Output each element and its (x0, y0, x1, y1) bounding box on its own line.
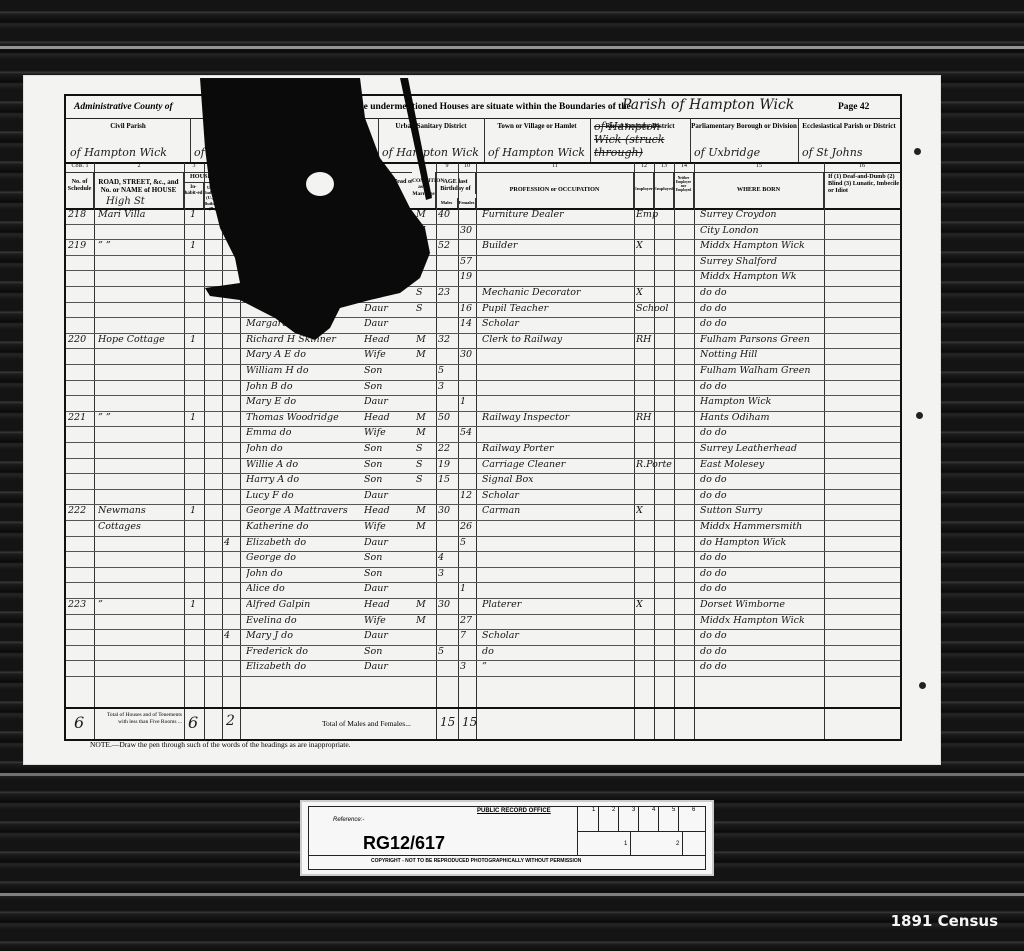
cell-male: 30 (438, 505, 456, 516)
cell-born: Surrey Shalford (700, 256, 822, 267)
cell-male: 3 (438, 381, 456, 392)
table-row: Emma doWifeM54do do (66, 426, 900, 443)
cell-occupation: Signal Box (482, 474, 632, 485)
table-row: Mary A E doWifeM30Notting Hill (66, 348, 900, 365)
cell-road: ” (98, 599, 182, 610)
cell-emp: Emp (636, 209, 672, 220)
cell-relation: Head (364, 412, 412, 423)
cell-name: Frederick do (246, 646, 370, 657)
cell-male: 4 (438, 552, 456, 563)
cell-road: Newmans (98, 505, 182, 516)
table-row: Lucy F doDaur12Scholardo do (66, 489, 900, 506)
tenements-total: 2 (226, 713, 235, 729)
cell-born: do do (700, 661, 822, 672)
rural-sanitary-cell: Rural Sanitary Districtof Hampton Wick (… (590, 118, 691, 162)
cell-name: John do (246, 443, 370, 454)
cell-name: Mary J do (246, 630, 370, 641)
cell-emp: X (636, 287, 672, 298)
table-row: Alice doDaur1do do (66, 582, 900, 599)
cell-condition: M (416, 615, 434, 626)
cell-relation: Wife (364, 427, 412, 438)
form-note: NOTE.—Draw the pen through such of the w… (90, 740, 351, 749)
cell-born: Fulham Parsons Green (700, 334, 822, 345)
cell-relation: Wife (364, 521, 412, 532)
cell-schedule: 222 (68, 505, 92, 516)
females-total: 15 (462, 715, 477, 729)
reference-number: RG12/617 (363, 833, 445, 854)
cell-road: Mari Villa (98, 209, 182, 220)
cell-relation: Daur (364, 661, 412, 672)
cell-name: Alice do (246, 583, 370, 594)
cell-born: do do (700, 630, 822, 641)
table-row: Willie A doSonS19Carriage CleanerR.Porte… (66, 458, 900, 475)
census-page: Administrative County of The undermentio… (24, 76, 940, 764)
cell-born: City London (700, 225, 822, 236)
cell-road: Cottages (98, 521, 182, 532)
cell-name: Harry A do (246, 474, 370, 485)
cell-born: Surrey Croydon (700, 209, 822, 220)
houses-total: 6 (188, 713, 198, 732)
cell-born: do do (700, 552, 822, 563)
table-row: John B doSon3do do (66, 380, 900, 397)
cell-female: 3 (460, 661, 476, 672)
cell-schedule: 219 (68, 240, 92, 251)
cell-born: do do (700, 427, 822, 438)
cell-occupation: Clerk to Railway (482, 334, 632, 345)
punch-hole (914, 148, 921, 155)
table-row: 4Elizabeth doDaur5do Hampton Wick (66, 536, 900, 553)
cell-relation: Son (364, 459, 412, 470)
ecclesiastical-cell: Ecclesiastical Parish or Districtof St J… (798, 118, 900, 162)
cell-name: Elizabeth do (246, 661, 370, 672)
civil-parish-cell: Civil Parishof Hampton Wick (66, 118, 191, 162)
measurement-scale: 1 2 3 4 5 6 1 2 (577, 807, 705, 855)
cell-relation: Son (364, 552, 412, 563)
table-row: John doSon3do do (66, 567, 900, 584)
cell-born: Hants Odiham (700, 412, 822, 423)
cell-uninhab: 4 (224, 630, 238, 641)
cell-inhabited: 1 (190, 412, 202, 423)
cell-occupation: Scholar (482, 630, 632, 641)
cell-relation: Son (364, 443, 412, 454)
cell-born: Sutton Surry (700, 505, 822, 516)
cell-female: 57 (460, 256, 476, 267)
cell-emp: RH (636, 412, 672, 423)
cell-female: 19 (460, 271, 476, 282)
cell-female: 30 (460, 225, 476, 236)
parliamentary-cell: Parliamentary Borough or Divisionof Uxbr… (690, 118, 799, 162)
punch-hole (919, 682, 926, 689)
cell-female: 27 (460, 615, 476, 626)
cell-male: 30 (438, 599, 456, 610)
cell-occupation: Pupil Teacher (482, 303, 632, 314)
cell-female: 1 (460, 396, 476, 407)
cell-male: 23 (438, 287, 456, 298)
cell-occupation: ” (482, 661, 632, 672)
cell-male: 15 (438, 474, 456, 485)
table-row: CottagesKatherine doWifeM26Middx Hammers… (66, 520, 900, 537)
cell-female: 14 (460, 318, 476, 329)
table-row: John doSonS22Railway PorterSurrey Leathe… (66, 442, 900, 459)
cell-occupation: Scholar (482, 318, 632, 329)
cell-name: Thomas Woodridge (246, 412, 370, 423)
ink-blot (180, 78, 435, 343)
cell-male: 32 (438, 334, 456, 345)
cell-occupation: Mechanic Decorator (482, 287, 632, 298)
cell-emp: X (636, 505, 672, 516)
cell-inhabited: 1 (190, 505, 202, 516)
cell-condition: M (416, 427, 434, 438)
cell-inhabited: 1 (190, 599, 202, 610)
houses-total-label: Total of Houses and of Tenements with le… (100, 712, 182, 725)
reference-label: Reference:- PUBLIC RECORD OFFICE RG12/61… (300, 800, 714, 876)
census-year-watermark: 1891 Census (891, 912, 998, 930)
cell-relation: Son (364, 381, 412, 392)
table-row: 4Mary J doDaur7Scholardo do (66, 629, 900, 646)
cell-born: do do (700, 490, 822, 501)
table-row: Harry A doSonS15Signal Boxdo do (66, 473, 900, 490)
cell-relation: Daur (364, 630, 412, 641)
cell-emp: School (636, 303, 672, 314)
table-row: 223”1Alfred GalpinHeadM30PlatererXDorset… (66, 598, 900, 615)
cell-name: George do (246, 552, 370, 563)
cell-name: George A Mattravers (246, 505, 370, 516)
cell-schedule: 220 (68, 334, 92, 345)
cell-female: 16 (460, 303, 476, 314)
cell-born: Middx Hampton Wk (700, 271, 822, 282)
cell-name: Emma do (246, 427, 370, 438)
cell-name: John do (246, 568, 370, 579)
cell-male: 3 (438, 568, 456, 579)
cell-born: Dorset Wimborne (700, 599, 822, 610)
street-name: High St (106, 196, 145, 207)
cell-name: Mary E do (246, 396, 370, 407)
cell-occupation: Railway Porter (482, 443, 632, 454)
cell-name: William H do (246, 365, 370, 376)
cell-born: Surrey Leatherhead (700, 443, 822, 454)
cell-relation: Head (364, 599, 412, 610)
film-stripe (0, 773, 1024, 776)
film-stripe (0, 893, 1024, 896)
cell-born: do do (700, 287, 822, 298)
cell-name: Katherine do (246, 521, 370, 532)
cell-male: 22 (438, 443, 456, 454)
cell-occupation: Carriage Cleaner (482, 459, 632, 470)
cell-relation: Son (364, 474, 412, 485)
cell-female: 26 (460, 521, 476, 532)
cell-male: 19 (438, 459, 456, 470)
boundaries-value: Parish of Hampton Wick (622, 97, 794, 113)
cell-condition: M (416, 412, 434, 423)
cell-male: 50 (438, 412, 456, 423)
cell-occupation: Builder (482, 240, 632, 251)
table-row: Frederick doSon5dodo do (66, 645, 900, 662)
page-number: Page 42 (838, 102, 869, 112)
film-stripe (0, 46, 1024, 49)
cell-relation: Wife (364, 349, 412, 360)
cell-born: Hampton Wick (700, 396, 822, 407)
cell-condition: S (416, 443, 434, 454)
cell-born: do do (700, 318, 822, 329)
cell-emp: R.Porter (636, 459, 672, 470)
cell-name: John B do (246, 381, 370, 392)
table-row: George doSon4do do (66, 551, 900, 568)
cell-occupation: Carman (482, 505, 632, 516)
cell-occupation: Platerer (482, 599, 632, 610)
cell-relation: Daur (364, 537, 412, 548)
cell-relation: Daur (364, 396, 412, 407)
males-total: 15 (440, 715, 455, 729)
table-row: Mary E doDaur1Hampton Wick (66, 395, 900, 412)
cell-born: do do (700, 568, 822, 579)
cell-male: 40 (438, 209, 456, 220)
cell-condition: M (416, 349, 434, 360)
cell-relation: Wife (364, 615, 412, 626)
cell-born: East Molesey (700, 459, 822, 470)
table-row: William H doSon5Fulham Walham Green (66, 364, 900, 381)
cell-relation: Son (364, 568, 412, 579)
cell-road: ” ” (98, 412, 182, 423)
cell-name: Elizabeth do (246, 537, 370, 548)
persons-total-label: Total of Males and Females... (322, 719, 411, 728)
cell-female: 30 (460, 349, 476, 360)
town-village-cell: Town or Village or Hamletof Hampton Wick (484, 118, 591, 162)
cell-occupation: do (482, 646, 632, 657)
cell-name: Willie A do (246, 459, 370, 470)
cell-born: Middx Hammersmith (700, 521, 822, 532)
cell-female: 1 (460, 583, 476, 594)
cell-born: do do (700, 381, 822, 392)
cell-condition: S (416, 459, 434, 470)
cell-born: do do (700, 646, 822, 657)
cell-condition: M (416, 505, 434, 516)
cell-occupation: Furniture Dealer (482, 209, 632, 220)
cell-name: Alfred Galpin (246, 599, 370, 610)
cell-female: 5 (460, 537, 476, 548)
cell-schedule: 221 (68, 412, 92, 423)
table-row: 222Newmans1George A MattraversHeadM30Car… (66, 504, 900, 521)
cell-road: ” ” (98, 240, 182, 251)
cell-relation: Head (364, 505, 412, 516)
cell-occupation: Railway Inspector (482, 412, 632, 423)
admin-county-label: Administrative County of (74, 102, 173, 112)
cell-female: 12 (460, 490, 476, 501)
punch-hole (916, 412, 923, 419)
table-row: 221” ”1Thomas WoodridgeHeadM50Railway In… (66, 411, 900, 428)
cell-condition: S (416, 474, 434, 485)
table-row: Elizabeth doDaur3”do do (66, 660, 900, 677)
total-schedules: 6 (74, 713, 84, 732)
copyright-notice: COPYRIGHT - NOT TO BE REPRODUCED PHOTOGR… (371, 858, 581, 864)
cell-condition: M (416, 599, 434, 610)
cell-relation: Son (364, 646, 412, 657)
cell-schedule: 223 (68, 599, 92, 610)
cell-female: 7 (460, 630, 476, 641)
cell-born: Middx Hampton Wick (700, 240, 822, 251)
cell-born: do do (700, 474, 822, 485)
cell-occupation: Scholar (482, 490, 632, 501)
cell-born: do do (700, 303, 822, 314)
cell-relation: Son (364, 365, 412, 376)
cell-condition: M (416, 521, 434, 532)
cell-emp: X (636, 599, 672, 610)
cell-name: Mary A E do (246, 349, 370, 360)
totals-row: 6 Total of Houses and of Tenements with … (66, 707, 900, 739)
cell-female: 54 (460, 427, 476, 438)
cell-name: Lucy F do (246, 490, 370, 501)
cell-born: Middx Hampton Wick (700, 615, 822, 626)
cell-born: Notting Hill (700, 349, 822, 360)
cell-born: do Hampton Wick (700, 537, 822, 548)
cell-born: Fulham Walham Green (700, 365, 822, 376)
cell-male: 52 (438, 240, 456, 251)
cell-schedule: 218 (68, 209, 92, 220)
cell-road: Hope Cottage (98, 334, 182, 345)
cell-relation: Daur (364, 583, 412, 594)
cell-uninhab: 4 (224, 537, 238, 548)
table-row: Evelina doWifeM27Middx Hampton Wick (66, 614, 900, 631)
cell-name: Evelina do (246, 615, 370, 626)
cell-emp: RH (636, 334, 672, 345)
cell-male: 5 (438, 365, 456, 376)
cell-relation: Daur (364, 490, 412, 501)
cell-male: 5 (438, 646, 456, 657)
cell-born: do do (700, 583, 822, 594)
cell-emp: X (636, 240, 672, 251)
